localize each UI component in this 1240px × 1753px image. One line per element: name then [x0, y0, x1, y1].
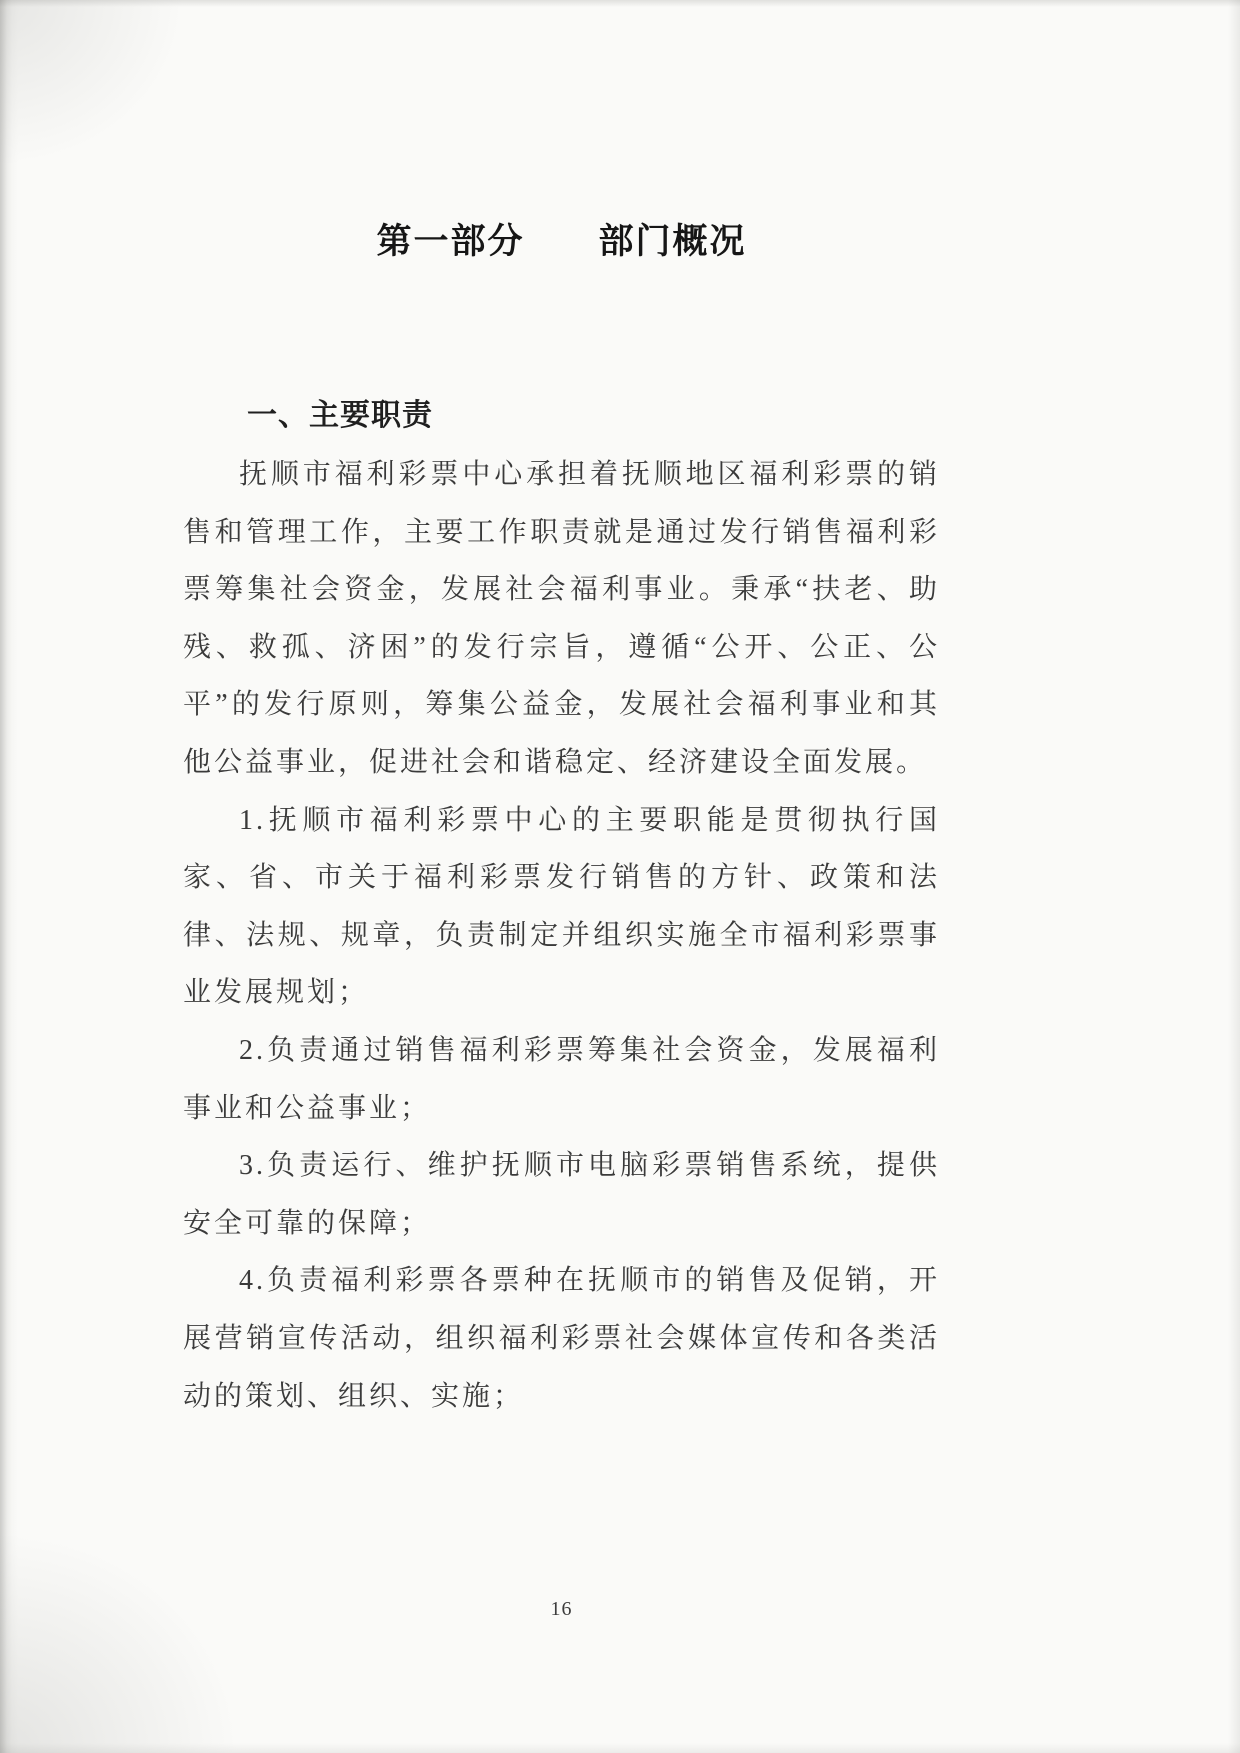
- scan-shadow-bottom: [0, 1743, 1240, 1753]
- scanned-document-page: 第一部分 部门概况 一、主要职责 抚顺市福利彩票中心承担着抚顺地区福利彩票的销售…: [0, 0, 1240, 1753]
- scan-shadow-left: [0, 0, 18, 1753]
- scan-shadow-corner-top-left: [0, 0, 200, 180]
- page-number: 16: [183, 1598, 940, 1621]
- scan-shadow-corner-bottom-left: [0, 1513, 260, 1753]
- document-body: 抚顺市福利彩票中心承担着抚顺地区福利彩票的销售和管理工作，主要工作职责就是通过发…: [183, 446, 940, 1425]
- section-heading: 一、主要职责: [247, 390, 433, 434]
- document-title: 第一部分 部门概况: [183, 214, 940, 264]
- scan-shadow-top: [0, 0, 1240, 7]
- paragraph-intro: 抚顺市福利彩票中心承担着抚顺地区福利彩票的销售和管理工作，主要工作职责就是通过发…: [183, 446, 940, 792]
- scan-shadow-right: [1228, 0, 1240, 1753]
- paragraph-duty-4: 4.负责福利彩票各票种在抚顺市的销售及促销，开展营销宣传活动，组织福利彩票社会媒…: [183, 1252, 940, 1425]
- paragraph-duty-1: 1.抚顺市福利彩票中心的主要职能是贯彻执行国家、省、市关于福利彩票发行销售的方针…: [183, 792, 940, 1022]
- paragraph-duty-2: 2.负责通过销售福利彩票筹集社会资金，发展福利事业和公益事业；: [183, 1022, 940, 1137]
- paragraph-duty-3: 3.负责运行、维护抚顺市电脑彩票销售系统，提供安全可靠的保障；: [183, 1137, 940, 1252]
